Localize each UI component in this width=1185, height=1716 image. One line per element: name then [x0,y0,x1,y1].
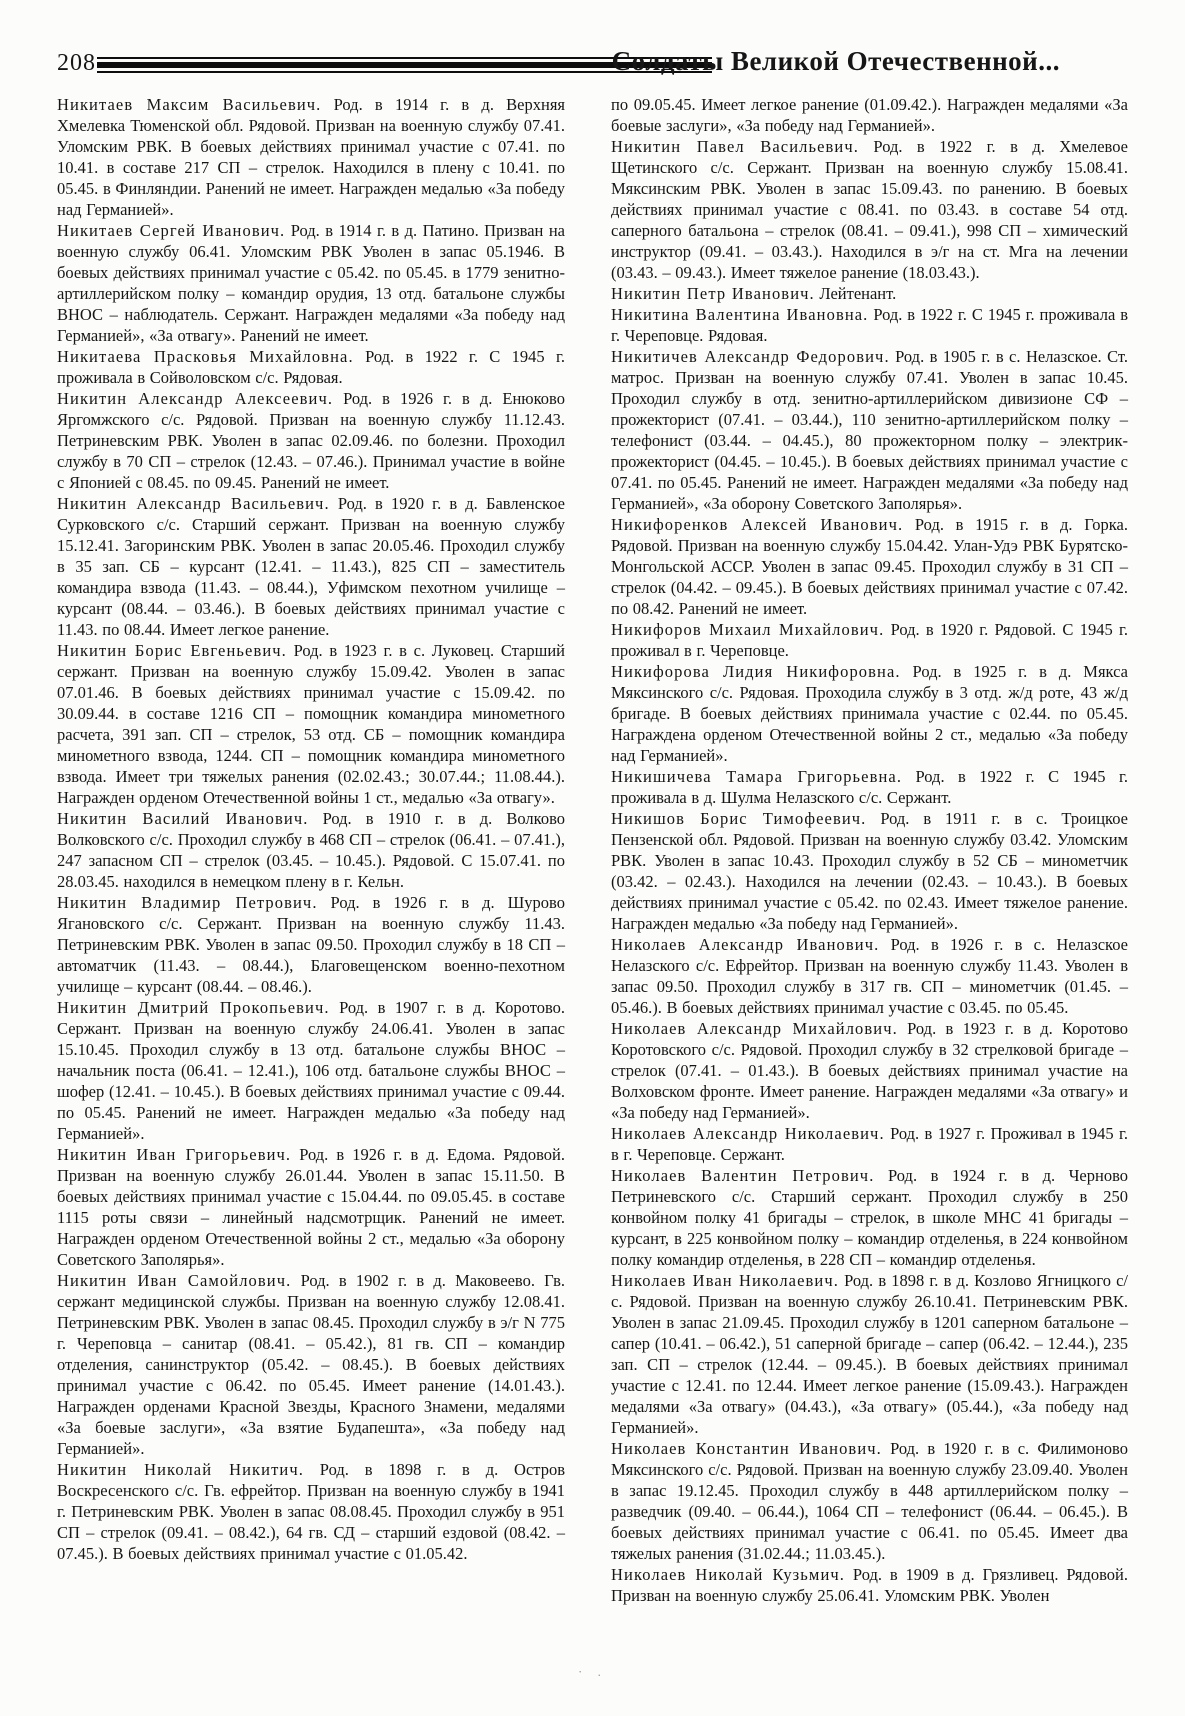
entry-text: Род. в 1902 г. в д. Маковеево. Гв. сержа… [57,1271,565,1458]
entry: Никитаев Сергей Иванович. Род. в 1914 г.… [57,220,565,346]
entry: Николаев Александр Михайлович. Род. в 19… [611,1018,1128,1123]
page-number: 208 [57,50,96,77]
entry-name: Николаев Николай Кузьмич. [611,1565,845,1584]
entry: Никитаев Максим Васильевич. Род. в 1914 … [57,94,565,220]
text-column-left: Никитаев Максим Васильевич. Род. в 1914 … [57,94,565,1606]
entry-name: Никитин Дмитрий Прокопьевич. [57,998,330,1017]
entry: Никишов Борис Тимофеевич. Род. в 1911 г.… [611,808,1128,934]
entry-name: Николаев Валентин Петрович. [611,1166,874,1185]
entry-continuation: по 09.05.45. Имеет легкое ранение (01.09… [611,94,1128,136]
entry-name: Никитаев Сергей Иванович. [57,221,285,240]
entry: Никитин Дмитрий Прокопьевич. Род. в 1907… [57,997,565,1144]
entry: Никитин Иван Григорьевич. Род. в 1926 г.… [57,1144,565,1270]
entry: Никитина Валентина Ивановна. Род. в 1922… [611,304,1128,346]
entry-name: Никитин Иван Самойлович. [57,1271,291,1290]
entry-name: Никишичева Тамара Григорьевна. [611,767,902,786]
entry: Николаев Николай Кузьмич. Род. в 1909 в … [611,1564,1128,1606]
entry-name: Никитин Александр Алексеевич. [57,389,333,408]
entry-name: Никитаева Прасковья Михайловна. [57,347,354,366]
entry-text: Род. в 1920 г. в д. Бавленское Сурковско… [57,494,565,639]
entry: Никитин Борис Евгеньевич. Род. в 1923 г.… [57,640,565,808]
entry: Никитин Павел Васильевич. Род. в 1922 г.… [611,136,1128,283]
entry-name: Никифорова Лидия Никифоровна. [611,662,901,681]
entry: Никитаева Прасковья Михайловна. Род. в 1… [57,346,565,388]
entry-name: Никитин Павел Васильевич. [611,137,859,156]
entry-name: Николаев Александр Николаевич. [611,1124,885,1143]
running-title: Солдаты Великой Отечественной... [612,46,1060,77]
entry: Никишичева Тамара Григорьевна. Род. в 19… [611,766,1128,808]
entry: Никитин Александр Алексеевич. Род. в 192… [57,388,565,493]
entry-text: Род. в 1905 г. в с. Нелазское. Ст. матро… [611,347,1128,513]
entry-name: Никитичев Александр Федорович. [611,347,890,366]
entry-text: по 09.05.45. Имеет легкое ранение (01.09… [611,95,1128,135]
entry-name: Никитаев Максим Васильевич. [57,95,321,114]
entry-name: Никифоров Михаил Михайлович. [611,620,884,639]
entry-name: Никитин Владимир Петрович. [57,893,318,912]
entry: Никитин Петр Иванович. Лейтенант. [611,283,1128,304]
entry: Никитин Владимир Петрович. Род. в 1926 г… [57,892,565,997]
entry-name: Никитин Николай Никитич. [57,1460,304,1479]
entry: Николаев Александр Николаевич. Род. в 19… [611,1123,1128,1165]
entry-name: Николаев Александр Иванович. [611,935,879,954]
entry: Николаев Валентин Петрович. Род. в 1924 … [611,1165,1128,1270]
entry-text: Род. в 1923 г. в с. Луковец. Старший сер… [57,641,565,807]
entry-name: Никифоренков Алексей Иванович. [611,515,903,534]
entry: Никитичев Александр Федорович. Род. в 19… [611,346,1128,514]
running-head: 208 Солдаты Великой Отечественной... [57,46,1128,82]
entry: Николаев Константин Иванович. Род. в 192… [611,1438,1128,1564]
entry-name: Николаев Александр Михайлович. [611,1019,898,1038]
entry-name: Николаев Иван Николаевич. [611,1271,839,1290]
entry-name: Никитин Василий Иванович. [57,809,308,828]
text-body: Никитаев Максим Васильевич. Род. в 1914 … [57,94,1128,1606]
entry-name: Никитин Борис Евгеньевич. [57,641,287,660]
entry: Никифоренков Алексей Иванович. Род. в 19… [611,514,1128,619]
entry: Никитин Иван Самойлович. Род. в 1902 г. … [57,1270,565,1459]
entry-name: Никитин Иван Григорьевич. [57,1145,291,1164]
entry: Никифорова Лидия Никифоровна. Род. в 192… [611,661,1128,766]
entry-name: Николаев Константин Иванович. [611,1439,882,1458]
entry-text: Лейтенант. [819,284,896,303]
entry-name: Никитин Петр Иванович. [611,284,815,303]
scan-speckle: · . [578,1664,607,1680]
entry: Никитин Александр Васильевич. Род. в 192… [57,493,565,640]
entry: Никитин Василий Иванович. Род. в 1910 г.… [57,808,565,892]
entry-text: Род. в 1907 г. в д. Коротово. Сержант. П… [57,998,565,1143]
entry: Никитин Николай Никитич. Род. в 1898 г. … [57,1459,565,1564]
entry-text: Род. в 1922 г. в д. Хмелевое Щетинского … [611,137,1128,282]
entry-name: Никитина Валентина Ивановна. [611,305,868,324]
book-page: 208 Солдаты Великой Отечественной... Ник… [0,0,1185,1716]
entry-name: Никишов Борис Тимофеевич. [611,809,866,828]
entry-name: Никитин Александр Васильевич. [57,494,330,513]
text-column-right: по 09.05.45. Имеет легкое ранение (01.09… [611,94,1128,1606]
entry: Николаев Иван Николаевич. Род. в 1898 г.… [611,1270,1128,1438]
entry: Никифоров Михаил Михайлович. Род. в 1920… [611,619,1128,661]
entry: Николаев Александр Иванович. Род. в 1926… [611,934,1128,1018]
entry-text: Род. в 1898 г. в д. Козлово Ягницкого с/… [611,1271,1128,1437]
